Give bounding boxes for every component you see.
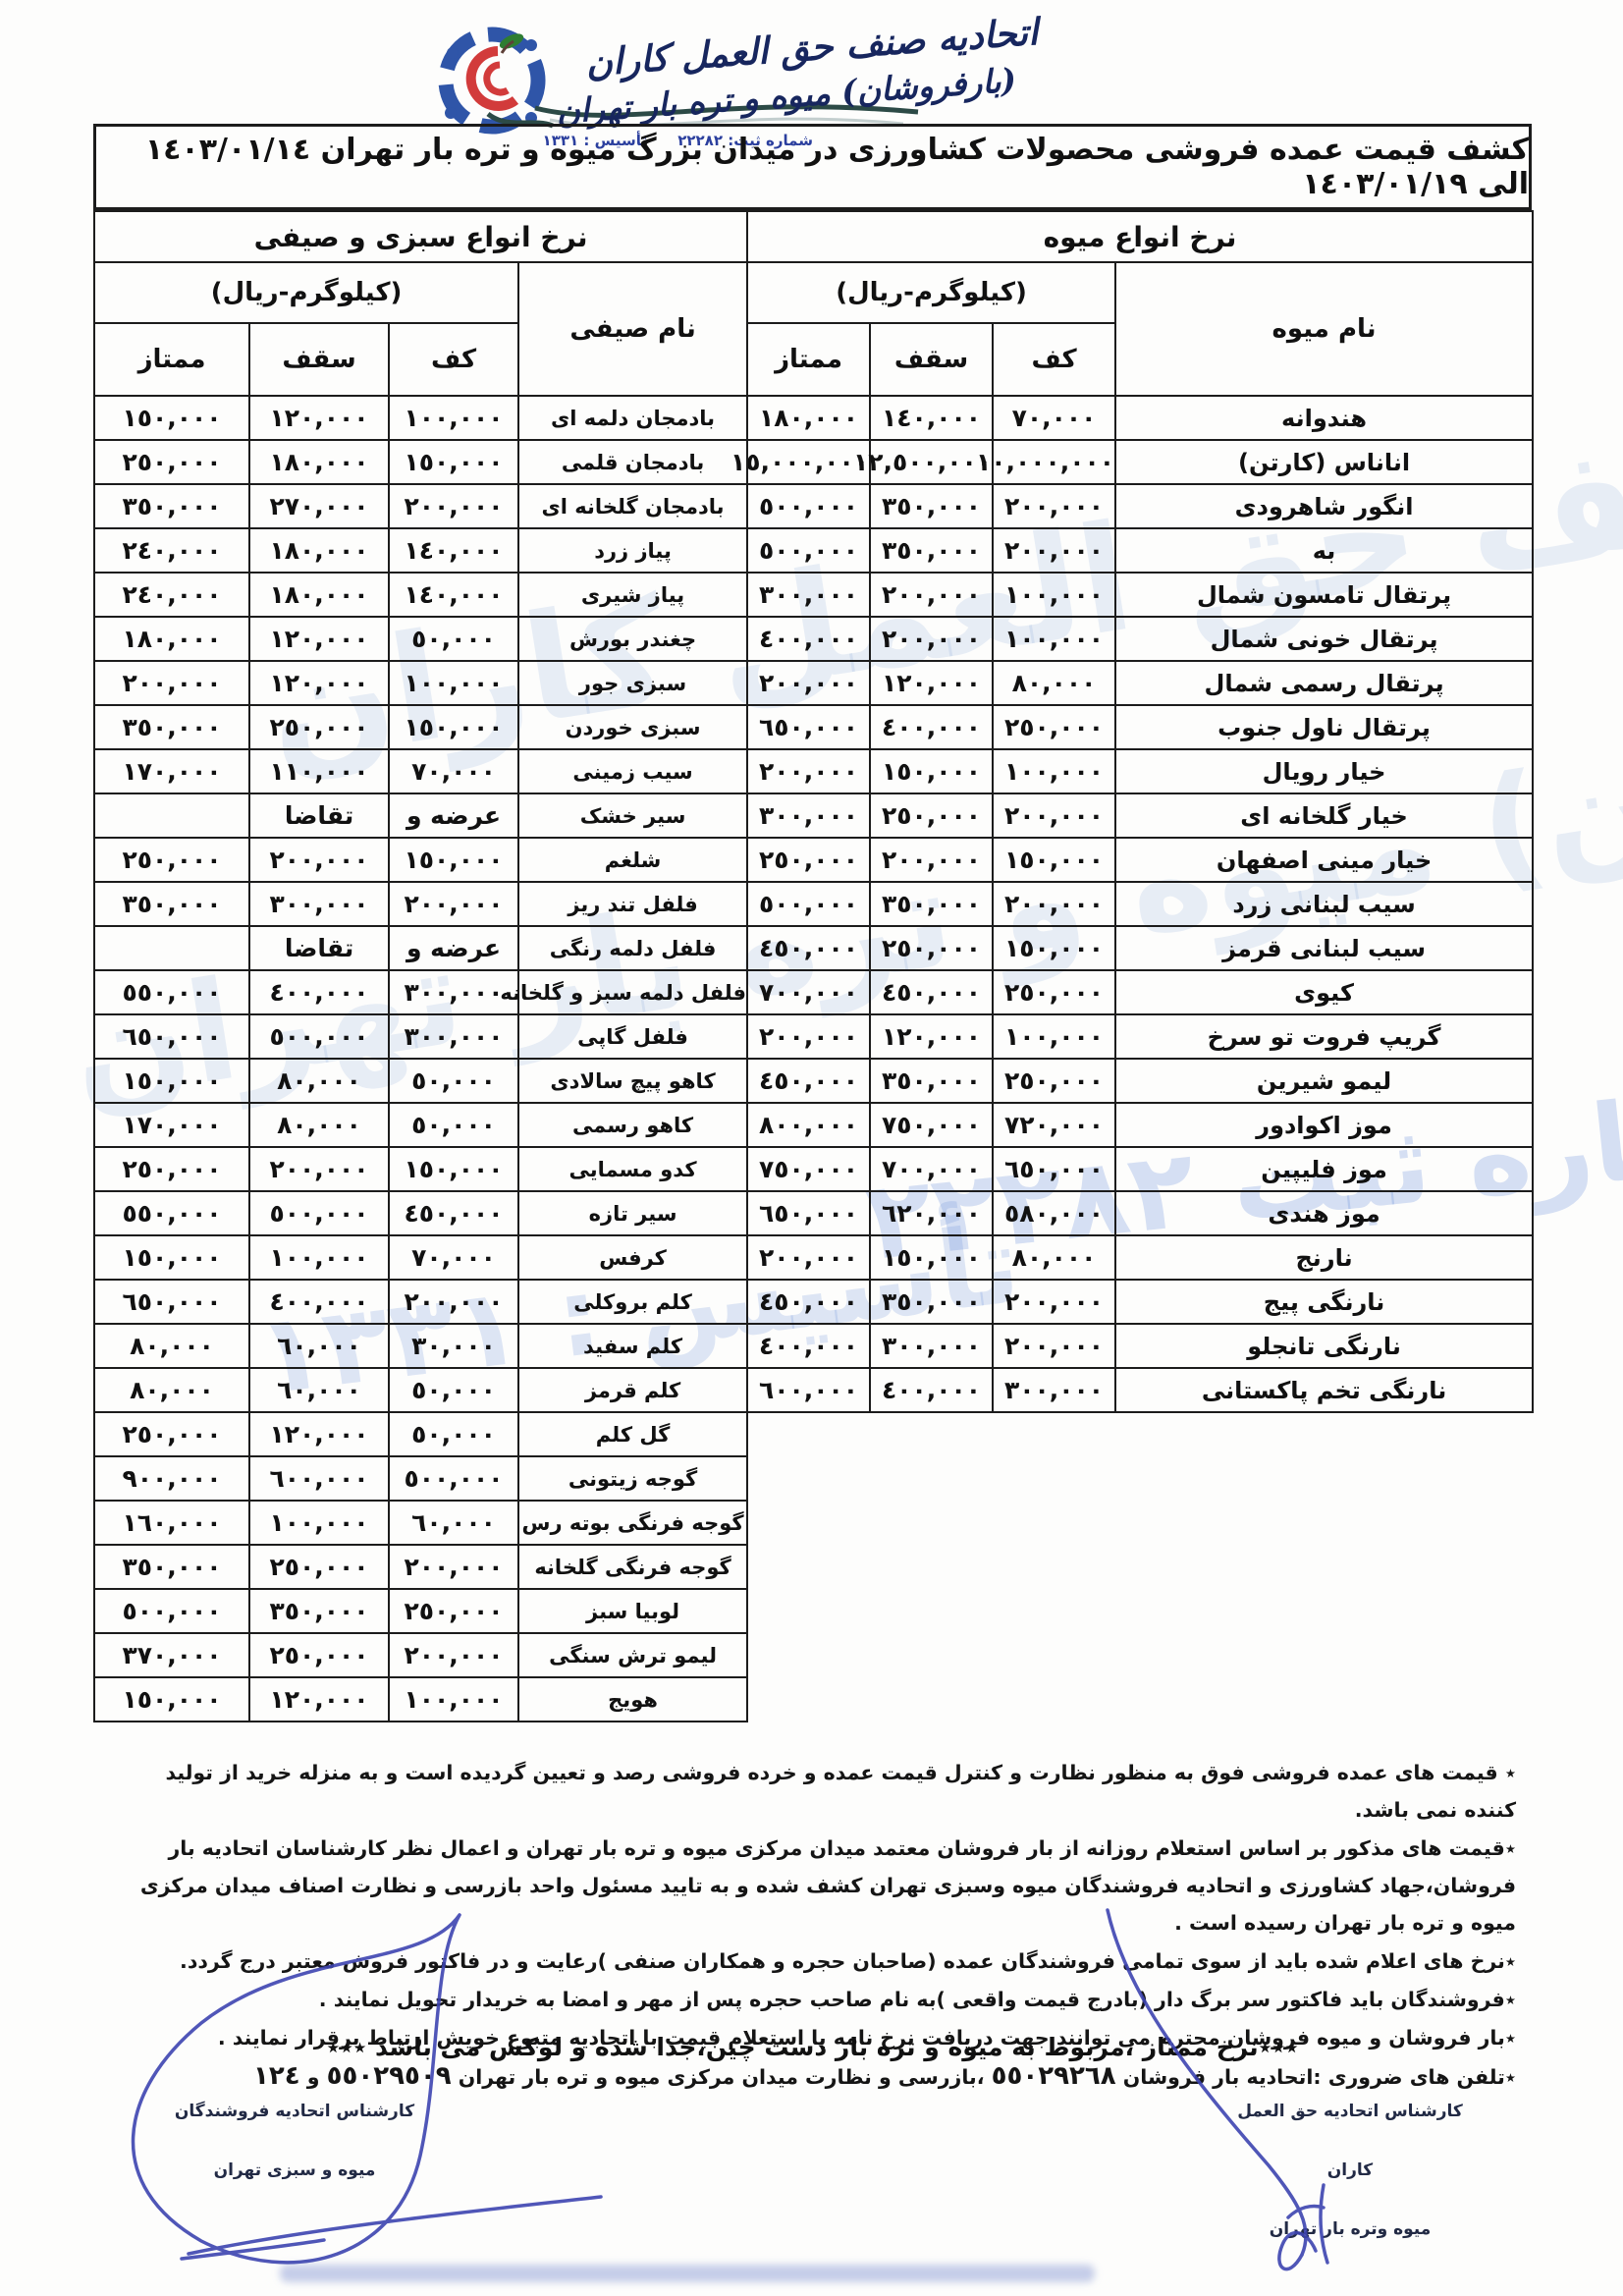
cell-kaf: ١٤٠,٠٠٠ xyxy=(389,573,518,617)
price-row: موز فلیپین٦٥٠,٠٠٠٧٠٠,٠٠٠٧٥٠,٠٠٠ xyxy=(747,1147,1533,1191)
cell-kaf: ٧٠,٠٠٠ xyxy=(389,749,518,793)
cell-saghf: ٢٠٠,٠٠٠ xyxy=(249,838,389,882)
cell-kaf: ٢٠٠,٠٠٠ xyxy=(389,1545,518,1589)
cell-momtaz: ٥٠٠,٠٠٠ xyxy=(94,1589,249,1633)
signature-right-subtitle: میوه وتره بار تهران xyxy=(1232,2200,1468,2259)
price-row: پرتقال رسمی شمال٨٠,٠٠٠١٢٠,٠٠٠٢٠٠,٠٠٠ xyxy=(747,661,1533,705)
cell-name: کدو مسمایی xyxy=(518,1147,747,1191)
cell-kaf: ٢٠٠,٠٠٠ xyxy=(993,882,1115,926)
price-row: پرتقال خونی شمال١٠٠,٠٠٠٢٠٠,٠٠٠٤٠٠,٠٠٠ xyxy=(747,617,1533,661)
cell-saghf: ٥٠٠,٠٠٠ xyxy=(249,1191,389,1235)
cell-kaf: ٤٥٠,٠٠٠ xyxy=(389,1191,518,1235)
cell-name: پرتقال رسمی شمال xyxy=(1115,661,1533,705)
cell-momtaz: ٢٤٠,٠٠٠ xyxy=(94,528,249,573)
cell-momtaz: ١٨٠,٠٠٠ xyxy=(94,617,249,661)
cell-name: کرفس xyxy=(518,1235,747,1280)
cell-saghf: ٢٧٠,٠٠٠ xyxy=(249,484,389,528)
cell-saghf: تقاضا xyxy=(249,926,389,970)
cell-saghf: ٤٥٠,٠٠٠ xyxy=(870,970,993,1014)
price-row: گریپ فروت تو سرخ١٠٠,٠٠٠١٢٠,٠٠٠٢٠٠,٠٠٠ xyxy=(747,1014,1533,1059)
phone-number-union: ٥٥٠٢٩٢٦٨ xyxy=(992,2061,1116,2091)
price-row: موز هندی٥٨٠,٠٠٠٦٢٠,٠٠٠٦٥٠,٠٠٠ xyxy=(747,1191,1533,1235)
price-row: کدو مسمایی١٥٠,٠٠٠٢٠٠,٠٠٠٢٥٠,٠٠٠ xyxy=(94,1147,747,1191)
cell-name: فلفل دلمه سبز و گلخانه xyxy=(518,970,747,1014)
cell-saghf: تقاضا xyxy=(249,793,389,838)
price-row: هویج١٠٠,٠٠٠١٢٠,٠٠٠١٥٠,٠٠٠ xyxy=(94,1677,747,1722)
cell-name: گریپ فروت تو سرخ xyxy=(1115,1014,1533,1059)
fruit-col-kaf: کف xyxy=(993,323,1115,396)
cell-momtaz: ٥٠٠,٠٠٠ xyxy=(747,882,870,926)
cell-name: سیر خشک xyxy=(518,793,747,838)
cell-name: کلم سفید xyxy=(518,1324,747,1368)
cell-saghf: ١٨٠,٠٠٠ xyxy=(249,528,389,573)
cell-saghf: ٨٠,٠٠٠ xyxy=(249,1103,389,1147)
price-row: خیار مینی اصفهان١٥٠,٠٠٠٢٠٠,٠٠٠٢٥٠,٠٠٠ xyxy=(747,838,1533,882)
cell-momtaz: ٢٠٠,٠٠٠ xyxy=(747,749,870,793)
cell-saghf: ٤٠٠,٠٠٠ xyxy=(870,705,993,749)
cell-kaf: ٢٥٠,٠٠٠ xyxy=(389,1589,518,1633)
cell-kaf: ٨٠,٠٠٠ xyxy=(993,661,1115,705)
cell-saghf: ٣٥٠,٠٠٠ xyxy=(870,528,993,573)
cell-momtaz: ٢٥٠,٠٠٠ xyxy=(94,1147,249,1191)
cell-name: کلم قرمز xyxy=(518,1368,747,1412)
cell-name: گوجه فرنگی گلخانه xyxy=(518,1545,747,1589)
price-row: سیر خشکعرضه وتقاضا xyxy=(94,793,747,838)
price-row: نارنج٨٠,٠٠٠١٥٠,٠٠٠٢٠٠,٠٠٠ xyxy=(747,1235,1533,1280)
cell-momtaz: ٧٠٠,٠٠٠ xyxy=(747,970,870,1014)
phones-mid-label: ،بازرسی و نظارت میدان مرکزی میوه و تره ب… xyxy=(459,2065,985,2089)
cell-name: سبزی جور xyxy=(518,661,747,705)
cell-momtaz: ٥٥٠,٠٠٠ xyxy=(94,970,249,1014)
footnote-3: ٭نرخ های اعلام شده باید از سوی تمامی فرو… xyxy=(108,1942,1516,1980)
cell-name: خیار گلخانه ای xyxy=(1115,793,1533,838)
price-row: سیب لبنانی زرد٢٠٠,٠٠٠٣٥٠,٠٠٠٥٠٠,٠٠٠ xyxy=(747,882,1533,926)
price-row: فلفل دلمه رنگیعرضه وتقاضا xyxy=(94,926,747,970)
cell-saghf: ١٠٠,٠٠٠ xyxy=(249,1235,389,1280)
veg-unit-header: (کیلوگرم-ریال) xyxy=(94,262,518,323)
cell-saghf: ١١٠,٠٠٠ xyxy=(249,749,389,793)
cell-saghf: ٤٠٠,٠٠٠ xyxy=(249,970,389,1014)
cell-kaf: ٣٠٠,٠٠٠ xyxy=(389,1014,518,1059)
cell-kaf: ٧٢٠,٠٠٠ xyxy=(993,1103,1115,1147)
cell-momtaz: ٤٥٠,٠٠٠ xyxy=(747,926,870,970)
cell-saghf: ١٢٠,٠٠٠ xyxy=(249,396,389,440)
cell-kaf: ١٥٠,٠٠٠ xyxy=(389,838,518,882)
cell-saghf: ٢٥٠,٠٠٠ xyxy=(249,1545,389,1589)
cell-name: لوبیا سبز xyxy=(518,1589,747,1633)
price-row: بادمجان قلمی١٥٠,٠٠٠١٨٠,٠٠٠٢٥٠,٠٠٠ xyxy=(94,440,747,484)
cell-name: پرتقال ناول جنوب xyxy=(1115,705,1533,749)
price-row: پیاز زرد١٤٠,٠٠٠١٨٠,٠٠٠٢٤٠,٠٠٠ xyxy=(94,528,747,573)
cell-name: موز فلیپین xyxy=(1115,1147,1533,1191)
cell-kaf: ١٠٠,٠٠٠ xyxy=(993,749,1115,793)
cell-kaf: ٢٠٠,٠٠٠ xyxy=(993,528,1115,573)
cell-kaf: ١٠٠,٠٠٠ xyxy=(389,396,518,440)
cell-momtaz: ٨٠٠,٠٠٠ xyxy=(747,1103,870,1147)
cell-momtaz: ٦٠٠,٠٠٠ xyxy=(747,1368,870,1412)
cell-name: پرتقال خونی شمال xyxy=(1115,617,1533,661)
cell-saghf: ٣٥٠,٠٠٠ xyxy=(249,1589,389,1633)
cell-momtaz: ٥٠٠,٠٠٠ xyxy=(747,528,870,573)
cell-name: سیب لبنانی زرد xyxy=(1115,882,1533,926)
price-row: بادمجان دلمه ای١٠٠,٠٠٠١٢٠,٠٠٠١٥٠,٠٠٠ xyxy=(94,396,747,440)
cell-kaf: ٢٠٠,٠٠٠ xyxy=(389,484,518,528)
cell-momtaz: ١٥٠,٠٠٠ xyxy=(94,396,249,440)
cell-saghf: ٣٥٠,٠٠٠ xyxy=(870,1059,993,1103)
price-row: سیب لبنانی قرمز١٥٠,٠٠٠٢٥٠,٠٠٠٤٥٠,٠٠٠ xyxy=(747,926,1533,970)
cell-kaf: ١٠٠,٠٠٠ xyxy=(389,661,518,705)
cell-kaf: ٢٥٠,٠٠٠ xyxy=(993,970,1115,1014)
cell-saghf: ٤٠٠,٠٠٠ xyxy=(249,1280,389,1324)
cell-saghf: ٢٠٠,٠٠٠ xyxy=(870,838,993,882)
cell-kaf: ١٥٠,٠٠٠ xyxy=(993,838,1115,882)
veg-name-header: نام صیفی xyxy=(518,262,747,396)
price-row: کیوی٢٥٠,٠٠٠٤٥٠,٠٠٠٧٠٠,٠٠٠ xyxy=(747,970,1533,1014)
cell-name: گوجه زیتونی xyxy=(518,1456,747,1501)
cell-kaf: ٢٠٠,٠٠٠ xyxy=(389,882,518,926)
cell-kaf: ٨٠,٠٠٠ xyxy=(993,1235,1115,1280)
cell-saghf: ١٢٠,٠٠٠ xyxy=(249,1412,389,1456)
cell-saghf: ٢٠٠,٠٠٠ xyxy=(249,1147,389,1191)
cell-name: فلفل تند ریز xyxy=(518,882,747,926)
price-row: پرتقال تامسون شمال١٠٠,٠٠٠٢٠٠,٠٠٠٣٠٠,٠٠٠ xyxy=(747,573,1533,617)
price-row: فلفل تند ریز٢٠٠,٠٠٠٣٠٠,٠٠٠٣٥٠,٠٠٠ xyxy=(94,882,747,926)
signature-left-title: کارشناس اتحادیه فروشندگان xyxy=(147,2082,442,2141)
price-row: موز اکوادور٧٢٠,٠٠٠٧٥٠,٠٠٠٨٠٠,٠٠٠ xyxy=(747,1103,1533,1147)
cell-momtaz: ٤٥٠,٠٠٠ xyxy=(747,1280,870,1324)
cell-saghf: ٨٠,٠٠٠ xyxy=(249,1059,389,1103)
cell-momtaz: ٢٠٠,٠٠٠ xyxy=(747,1235,870,1280)
cell-momtaz: ٢٥٠,٠٠٠ xyxy=(94,838,249,882)
footnote-4: ٭فروشندگان باید فاکتور سر برگ دار (بادرج… xyxy=(108,1981,1516,2018)
cell-momtaz: ٢٥٠,٠٠٠ xyxy=(747,838,870,882)
fruit-name-header: نام میوه xyxy=(1115,262,1533,396)
cell-name: گوجه فرنگی بوته رس xyxy=(518,1501,747,1545)
cell-name: لیمو شیرین xyxy=(1115,1059,1533,1103)
cell-momtaz: ٣٥٠,٠٠٠ xyxy=(94,484,249,528)
price-row: کرفس٧٠,٠٠٠١٠٠,٠٠٠١٥٠,٠٠٠ xyxy=(94,1235,747,1280)
cell-kaf: ١٥٠,٠٠٠ xyxy=(389,1147,518,1191)
cell-name: بادمجان قلمی xyxy=(518,440,747,484)
cell-name: به xyxy=(1115,528,1533,573)
cell-kaf: ٦٥٠,٠٠٠ xyxy=(993,1147,1115,1191)
cell-name: اناناس (کارتن) xyxy=(1115,440,1533,484)
cell-momtaz: ٥٥٠,٠٠٠ xyxy=(94,1191,249,1235)
cell-name: موز هندی xyxy=(1115,1191,1533,1235)
cell-momtaz: ١٥,٠٠٠,٠٠٠ xyxy=(747,440,870,484)
premium-grade-note: ٭٭٭نرخ ممتاز ،مربوط به میوه و تره بار دس… xyxy=(93,2033,1532,2061)
cell-momtaz: ٢٠٠,٠٠٠ xyxy=(747,661,870,705)
cell-momtaz: ٢٠٠,٠٠٠ xyxy=(747,1014,870,1059)
price-row: سبزی خوردن١٥٠,٠٠٠٢٥٠,٠٠٠٣٥٠,٠٠٠ xyxy=(94,705,747,749)
cell-kaf: ٧٠,٠٠٠ xyxy=(389,1235,518,1280)
cell-saghf: ٢٠٠,٠٠٠ xyxy=(870,617,993,661)
fruit-unit-header: (کیلوگرم-ریال) xyxy=(747,262,1115,323)
cell-kaf: عرضه و xyxy=(389,793,518,838)
cell-name: بادمجان گلخانه ای xyxy=(518,484,747,528)
cell-momtaz: ٣٥٠,٠٠٠ xyxy=(94,882,249,926)
price-row: خیار گلخانه ای٢٠٠,٠٠٠٢٥٠,٠٠٠٣٠٠,٠٠٠ xyxy=(747,793,1533,838)
cell-saghf: ٧٥٠,٠٠٠ xyxy=(870,1103,993,1147)
signature-right-title: کارشناس اتحادیه حق العمل کاران xyxy=(1232,2082,1468,2200)
price-row: پرتقال ناول جنوب٢٥٠,٠٠٠٤٠٠,٠٠٠٦٥٠,٠٠٠ xyxy=(747,705,1533,749)
cell-saghf: ٣٠٠,٠٠٠ xyxy=(870,1324,993,1368)
cell-kaf: ٥٠,٠٠٠ xyxy=(389,617,518,661)
cell-momtaz: ٤٠٠,٠٠٠ xyxy=(747,617,870,661)
cell-saghf: ١٢٠,٠٠٠ xyxy=(249,617,389,661)
fruit-group-header: نرخ انواع میوه xyxy=(747,211,1533,262)
cell-saghf: ٦٢٠,٠٠٠ xyxy=(870,1191,993,1235)
cell-name: سیب زمینی xyxy=(518,749,747,793)
cell-saghf: ١٢,٥٠٠,٠٠٠ xyxy=(870,440,993,484)
cell-momtaz: ١٥٠,٠٠٠ xyxy=(94,1059,249,1103)
cell-momtaz: ٢٤٠,٠٠٠ xyxy=(94,573,249,617)
cell-saghf: ١٢٠,٠٠٠ xyxy=(870,1014,993,1059)
cell-momtaz: ٢٥٠,٠٠٠ xyxy=(94,1412,249,1456)
cell-name: نارنگی پیج xyxy=(1115,1280,1533,1324)
cell-momtaz: ٤٥٠,٠٠٠ xyxy=(747,1059,870,1103)
cell-kaf: ٥٠,٠٠٠ xyxy=(389,1059,518,1103)
cell-momtaz: ١٧٠,٠٠٠ xyxy=(94,1103,249,1147)
cell-kaf: ٢٥٠,٠٠٠ xyxy=(993,705,1115,749)
price-row: سیب زمینی٧٠,٠٠٠١١٠,٠٠٠١٧٠,٠٠٠ xyxy=(94,749,747,793)
cell-name: چغندر بورش xyxy=(518,617,747,661)
cell-saghf: ١٢٠,٠٠٠ xyxy=(870,661,993,705)
cell-saghf: ٣٥٠,٠٠٠ xyxy=(870,484,993,528)
cell-saghf: ٣٠٠,٠٠٠ xyxy=(249,882,389,926)
cell-kaf: ٢٠٠,٠٠٠ xyxy=(993,1324,1115,1368)
footnote-1: ٭ قیمت های عمده فروشی فوق به منظور نظارت… xyxy=(108,1754,1516,1829)
price-row: گل کلم٥٠,٠٠٠١٢٠,٠٠٠٢٥٠,٠٠٠ xyxy=(94,1412,747,1456)
cell-kaf: ٥٠,٠٠٠ xyxy=(389,1103,518,1147)
veg-col-kaf: کف xyxy=(389,323,518,396)
price-row: هندوانه٧٠,٠٠٠١٤٠,٠٠٠١٨٠,٠٠٠ xyxy=(747,396,1533,440)
cell-momtaz: ٦٥٠,٠٠٠ xyxy=(94,1280,249,1324)
document-title: کشف قیمت عمده فروشی محصولات کشاورزی در م… xyxy=(93,124,1532,210)
cell-name: هویج xyxy=(518,1677,747,1722)
price-row: خیار رویال١٠٠,٠٠٠١٥٠,٠٠٠٢٠٠,٠٠٠ xyxy=(747,749,1533,793)
cell-saghf: ٣٥٠,٠٠٠ xyxy=(870,882,993,926)
cell-momtaz: ١٥٠,٠٠٠ xyxy=(94,1677,249,1722)
price-row: گوجه زیتونی٥٠٠,٠٠٠٦٠٠,٠٠٠٩٠٠,٠٠٠ xyxy=(94,1456,747,1501)
cell-name: لیمو ترش سنگی xyxy=(518,1633,747,1677)
cell-saghf: ٢٥٠,٠٠٠ xyxy=(870,926,993,970)
cell-name: پیاز شیری xyxy=(518,573,747,617)
cell-name: فلفل گاپی xyxy=(518,1014,747,1059)
cell-name: بادمجان دلمه ای xyxy=(518,396,747,440)
cell-momtaz: ٨٠,٠٠٠ xyxy=(94,1324,249,1368)
cell-kaf: ١٤٠,٠٠٠ xyxy=(389,528,518,573)
price-row: گوجه فرنگی گلخانه٢٠٠,٠٠٠٢٥٠,٠٠٠٣٥٠,٠٠٠ xyxy=(94,1545,747,1589)
cell-name: پرتقال تامسون شمال xyxy=(1115,573,1533,617)
price-row: انگور شاهرودی٢٠٠,٠٠٠٣٥٠,٠٠٠٥٠٠,٠٠٠ xyxy=(747,484,1533,528)
cell-name: پیاز زرد xyxy=(518,528,747,573)
cell-saghf: ١٨٠,٠٠٠ xyxy=(249,440,389,484)
cell-kaf: ٥٠,٠٠٠ xyxy=(389,1412,518,1456)
cell-momtaz: ٩٠٠,٠٠٠ xyxy=(94,1456,249,1501)
price-row: نارنگی تخم پاکستانی٣٠٠,٠٠٠٤٠٠,٠٠٠٦٠٠,٠٠٠ xyxy=(747,1368,1533,1412)
cell-name: نارنگی تخم پاکستانی xyxy=(1115,1368,1533,1412)
price-row: سیر تازه٤٥٠,٠٠٠٥٠٠,٠٠٠٥٥٠,٠٠٠ xyxy=(94,1191,747,1235)
cell-momtaz: ١٨٠,٠٠٠ xyxy=(747,396,870,440)
price-row: لیمو شیرین٢٥٠,٠٠٠٣٥٠,٠٠٠٤٥٠,٠٠٠ xyxy=(747,1059,1533,1103)
price-row: نارنگی تانجلو٢٠٠,٠٠٠٣٠٠,٠٠٠٤٠٠,٠٠٠ xyxy=(747,1324,1533,1368)
cell-saghf: ١٥٠,٠٠٠ xyxy=(870,749,993,793)
veg-col-momtaz: ممتاز xyxy=(94,323,249,396)
cell-kaf: ١٥٠,٠٠٠ xyxy=(993,926,1115,970)
cell-kaf: ٢٠٠,٠٠٠ xyxy=(993,793,1115,838)
cell-saghf: ٢٥٠,٠٠٠ xyxy=(249,705,389,749)
cell-name: شلغم xyxy=(518,838,747,882)
fruit-col-saghf: سقف xyxy=(870,323,993,396)
cell-saghf: ٦٠٠,٠٠٠ xyxy=(249,1456,389,1501)
cell-saghf: ٥٠٠,٠٠٠ xyxy=(249,1014,389,1059)
price-row: کاهو پیچ سالادی٥٠,٠٠٠٨٠,٠٠٠١٥٠,٠٠٠ xyxy=(94,1059,747,1103)
cell-kaf: ٢٥٠,٠٠٠ xyxy=(993,1059,1115,1103)
scanned-price-bulletin: اتحادیه صنف حق العمل کاران (بارفروشان) م… xyxy=(0,0,1623,2296)
cell-name: فلفل دلمه رنگی xyxy=(518,926,747,970)
price-row: نارنگی پیج٢٠٠,٠٠٠٣٥٠,٠٠٠٤٥٠,٠٠٠ xyxy=(747,1280,1533,1324)
cell-kaf: ٥٨٠,٠٠٠ xyxy=(993,1191,1115,1235)
cell-saghf: ٧٠٠,٠٠٠ xyxy=(870,1147,993,1191)
price-row: کلم قرمز٥٠,٠٠٠٦٠,٠٠٠٨٠,٠٠٠ xyxy=(94,1368,747,1412)
cell-name: خیار مینی اصفهان xyxy=(1115,838,1533,882)
footnote-2: ٭قیمت های مذکور بر اساس استعلام روزانه ا… xyxy=(108,1830,1516,1941)
price-row: چغندر بورش٥٠,٠٠٠١٢٠,٠٠٠١٨٠,٠٠٠ xyxy=(94,617,747,661)
cell-name: نارنج xyxy=(1115,1235,1533,1280)
cell-name: کاهو پیچ سالادی xyxy=(518,1059,747,1103)
cell-saghf: ١٨٠,٠٠٠ xyxy=(249,573,389,617)
cell-kaf: ١٠٠,٠٠٠ xyxy=(993,573,1115,617)
veg-group-header: نرخ انواع سبزی و صیفی xyxy=(94,211,747,262)
signature-block-right: کارشناس اتحادیه حق العمل کاران میوه وتره… xyxy=(1232,2082,1468,2259)
cell-saghf: ١٤٠,٠٠٠ xyxy=(870,396,993,440)
fruit-col-momtaz: ممتاز xyxy=(747,323,870,396)
cell-saghf: ١٢٠,٠٠٠ xyxy=(249,1677,389,1722)
price-row: اناناس (کارتن)١٠,٠٠٠,٠٠٠١٢,٥٠٠,٠٠٠١٥,٠٠٠… xyxy=(747,440,1533,484)
cell-kaf: ٢٠٠,٠٠٠ xyxy=(389,1280,518,1324)
cell-kaf: ٢٠٠,٠٠٠ xyxy=(993,1280,1115,1324)
cell-momtaz: ٨٠,٠٠٠ xyxy=(94,1368,249,1412)
signature-left-subtitle: میوه و سبزی تهران xyxy=(147,2141,442,2200)
cell-momtaz: ٦٥٠,٠٠٠ xyxy=(747,705,870,749)
cell-saghf: ١٢٠,٠٠٠ xyxy=(249,661,389,705)
price-row: پیاز شیری١٤٠,٠٠٠١٨٠,٠٠٠٢٤٠,٠٠٠ xyxy=(94,573,747,617)
veg-col-saghf: سقف xyxy=(249,323,389,396)
cell-momtaz: ١٦٠,٠٠٠ xyxy=(94,1501,249,1545)
price-row: به٢٠٠,٠٠٠٣٥٠,٠٠٠٥٠٠,٠٠٠ xyxy=(747,528,1533,573)
cell-kaf: ٧٠,٠٠٠ xyxy=(993,396,1115,440)
price-row: شلغم١٥٠,٠٠٠٢٠٠,٠٠٠٢٥٠,٠٠٠ xyxy=(94,838,747,882)
cell-saghf: ١٥٠,٠٠٠ xyxy=(870,1235,993,1280)
cell-name: گل کلم xyxy=(518,1412,747,1456)
cell-kaf: ٦٠,٠٠٠ xyxy=(389,1501,518,1545)
cell-saghf: ٢٥٠,٠٠٠ xyxy=(249,1633,389,1677)
cell-name: سیر تازه xyxy=(518,1191,747,1235)
page-bleed-through xyxy=(280,2265,1095,2282)
cell-momtaz xyxy=(94,793,249,838)
cell-saghf: ١٠٠,٠٠٠ xyxy=(249,1501,389,1545)
cell-kaf: ٥٠,٠٠٠ xyxy=(389,1368,518,1412)
cell-momtaz: ٣٧٠,٠٠٠ xyxy=(94,1633,249,1677)
cell-momtaz: ٣٥٠,٠٠٠ xyxy=(94,1545,249,1589)
cell-momtaz: ٥٠٠,٠٠٠ xyxy=(747,484,870,528)
cell-momtaz: ٢٥٠,٠٠٠ xyxy=(94,440,249,484)
fruit-price-table: نرخ انواع میوه نام میوه (کیلوگرم-ریال) ک… xyxy=(746,210,1534,1413)
cell-kaf: ٥٠٠,٠٠٠ xyxy=(389,1456,518,1501)
cell-name: انگور شاهرودی xyxy=(1115,484,1533,528)
cell-momtaz: ٣٠٠,٠٠٠ xyxy=(747,793,870,838)
cell-name: سیب لبنانی قرمز xyxy=(1115,926,1533,970)
cell-kaf: ٢٠٠,٠٠٠ xyxy=(389,1633,518,1677)
price-row: لیمو ترش سنگی٢٠٠,٠٠٠٢٥٠,٠٠٠٣٧٠,٠٠٠ xyxy=(94,1633,747,1677)
signature-block-left: کارشناس اتحادیه فروشندگان میوه و سبزی ته… xyxy=(147,2082,442,2200)
vegetable-price-table: نرخ انواع سبزی و صیفی نام صیفی (کیلوگرم-… xyxy=(93,210,748,1722)
price-row: کاهو رسمی٥٠,٠٠٠٨٠,٠٠٠١٧٠,٠٠٠ xyxy=(94,1103,747,1147)
cell-kaf: عرضه و xyxy=(389,926,518,970)
cell-kaf: ١٠٠,٠٠٠ xyxy=(993,617,1115,661)
price-row: کلم سفید٣٠,٠٠٠٦٠,٠٠٠٨٠,٠٠٠ xyxy=(94,1324,747,1368)
cell-momtaz: ٦٥٠,٠٠٠ xyxy=(747,1191,870,1235)
cell-kaf: ١٠٠,٠٠٠ xyxy=(389,1677,518,1722)
cell-kaf: ٢٠٠,٠٠٠ xyxy=(993,484,1115,528)
cell-momtaz: ٤٠٠,٠٠٠ xyxy=(747,1324,870,1368)
cell-momtaz: ٣٥٠,٠٠٠ xyxy=(94,705,249,749)
cell-momtaz: ٢٠٠,٠٠٠ xyxy=(94,661,249,705)
cell-momtaz: ٣٠٠,٠٠٠ xyxy=(747,573,870,617)
price-row: لوبیا سبز٢٥٠,٠٠٠٣٥٠,٠٠٠٥٠٠,٠٠٠ xyxy=(94,1589,747,1633)
cell-name: سبزی خوردن xyxy=(518,705,747,749)
cell-kaf: ٣٠٠,٠٠٠ xyxy=(389,970,518,1014)
price-row: فلفل گاپی٣٠٠,٠٠٠٥٠٠,٠٠٠٦٥٠,٠٠٠ xyxy=(94,1014,747,1059)
cell-name: نارنگی تانجلو xyxy=(1115,1324,1533,1368)
cell-momtaz: ١٥٠,٠٠٠ xyxy=(94,1235,249,1280)
cell-momtaz: ٧٥٠,٠٠٠ xyxy=(747,1147,870,1191)
cell-saghf: ٦٠,٠٠٠ xyxy=(249,1368,389,1412)
cell-kaf: ١٠,٠٠٠,٠٠٠ xyxy=(993,440,1115,484)
cell-name: کاهو رسمی xyxy=(518,1103,747,1147)
price-row: کلم بروکلی٢٠٠,٠٠٠٤٠٠,٠٠٠٦٥٠,٠٠٠ xyxy=(94,1280,747,1324)
price-row: فلفل دلمه سبز و گلخانه٣٠٠,٠٠٠٤٠٠,٠٠٠٥٥٠,… xyxy=(94,970,747,1014)
cell-kaf: ١٥٠,٠٠٠ xyxy=(389,705,518,749)
cell-saghf: ٤٠٠,٠٠٠ xyxy=(870,1368,993,1412)
cell-kaf: ١٠٠,٠٠٠ xyxy=(993,1014,1115,1059)
cell-kaf: ٣٠,٠٠٠ xyxy=(389,1324,518,1368)
cell-momtaz: ٦٥٠,٠٠٠ xyxy=(94,1014,249,1059)
cell-name: کلم بروکلی xyxy=(518,1280,747,1324)
cell-momtaz: ١٧٠,٠٠٠ xyxy=(94,749,249,793)
cell-saghf: ٢٥٠,٠٠٠ xyxy=(870,793,993,838)
cell-saghf: ٦٠,٠٠٠ xyxy=(249,1324,389,1368)
cell-momtaz xyxy=(94,926,249,970)
cell-name: کیوی xyxy=(1115,970,1533,1014)
cell-kaf: ٣٠٠,٠٠٠ xyxy=(993,1368,1115,1412)
cell-saghf: ٢٠٠,٠٠٠ xyxy=(870,573,993,617)
cell-saghf: ٣٥٠,٠٠٠ xyxy=(870,1280,993,1324)
cell-name: خیار رویال xyxy=(1115,749,1533,793)
price-row: بادمجان گلخانه ای٢٠٠,٠٠٠٢٧٠,٠٠٠٣٥٠,٠٠٠ xyxy=(94,484,747,528)
price-row: گوجه فرنگی بوته رس٦٠,٠٠٠١٠٠,٠٠٠١٦٠,٠٠٠ xyxy=(94,1501,747,1545)
cell-name: هندوانه xyxy=(1115,396,1533,440)
price-row: سبزی جور١٠٠,٠٠٠١٢٠,٠٠٠٢٠٠,٠٠٠ xyxy=(94,661,747,705)
cell-kaf: ١٥٠,٠٠٠ xyxy=(389,440,518,484)
cell-name: موز اکوادور xyxy=(1115,1103,1533,1147)
